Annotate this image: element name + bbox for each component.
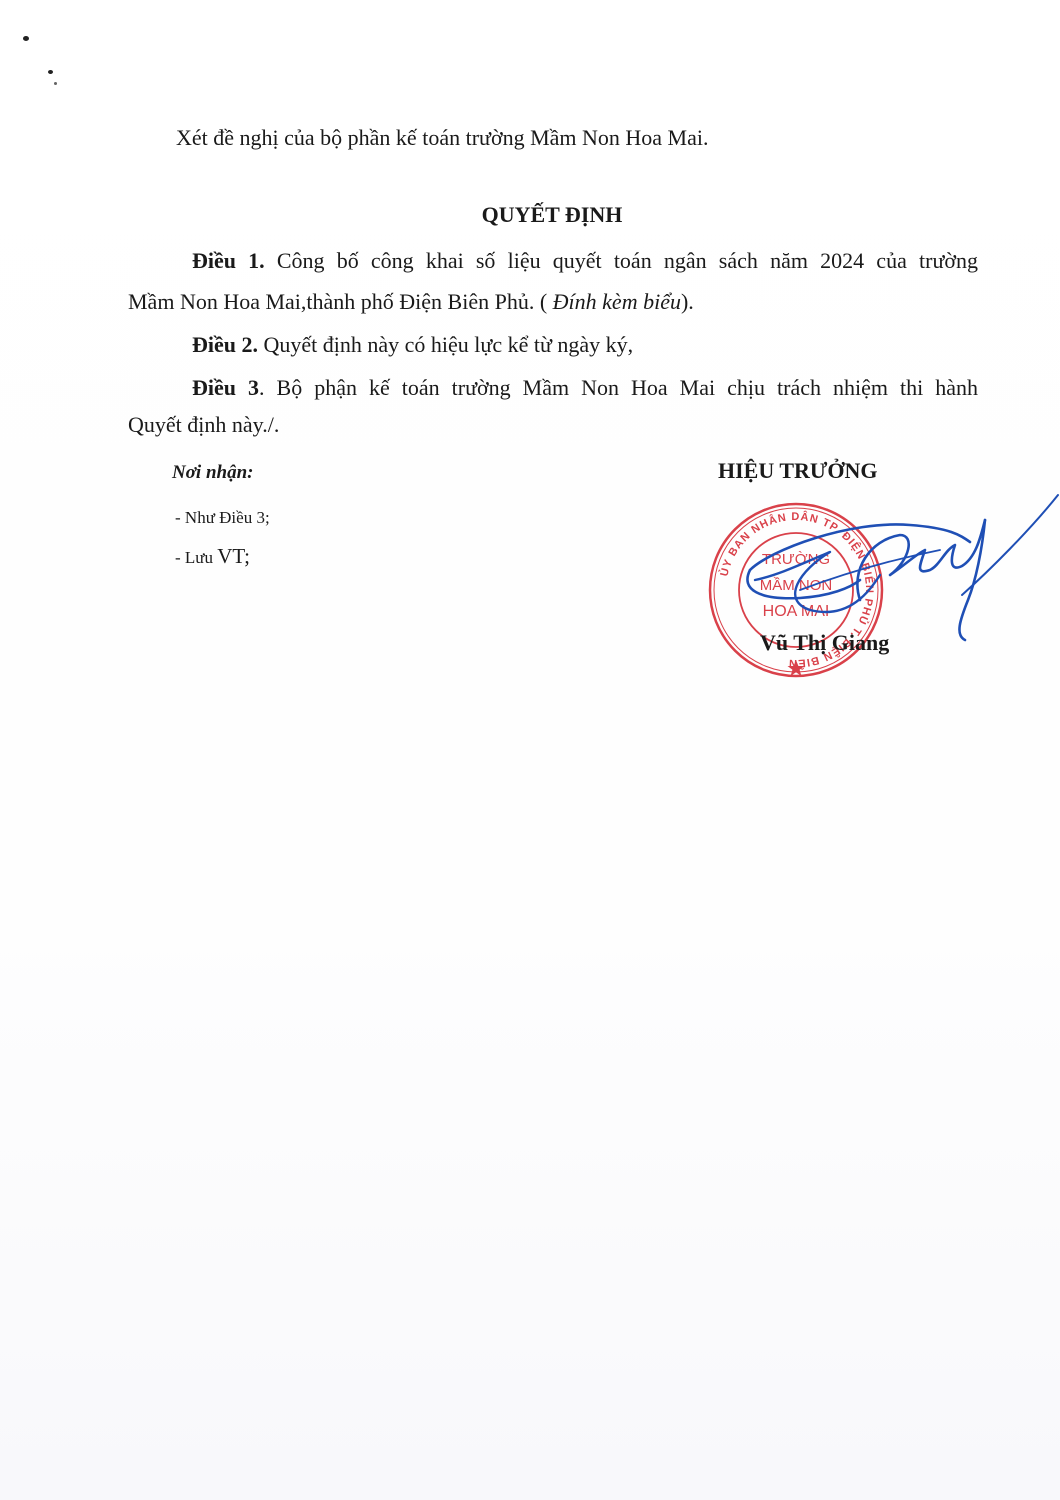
decision-title: QUYẾT ĐỊNH [0,200,1060,230]
recipients-heading: Nơi nhận: [172,460,253,486]
article-1-line-2: Mầm Non Hoa Mai,thành phố Điện Biên Phủ.… [128,287,694,317]
article-1-text-end: ). [681,289,694,314]
attachment-note: Đính kèm biểu [553,289,681,314]
recipient-text: - Lưu [175,548,217,567]
recipient-item: - Như Điều 3; [175,506,270,530]
recipient-code: VT; [217,544,250,568]
article-3-text: . Bộ phận kế toán trường Mầm Non Hoa Mai… [259,375,978,400]
article-3-label: Điều 3 [192,375,259,400]
article-1-text-cont: Mầm Non Hoa Mai,thành phố Điện Biên Phủ.… [128,289,553,314]
preamble-text: Xét đề nghị của bộ phần kế toán trường M… [176,123,709,153]
article-1-line-1: Điều 1. Công bố công khai số liệu quyết … [192,246,978,276]
document-page: Xét đề nghị của bộ phần kế toán trường M… [0,0,1060,1500]
scan-speck [48,70,53,74]
article-2-label: Điều 2. [192,332,258,357]
article-2-line-1: Điều 2. Quyết định này có hiệu lực kể từ… [192,330,633,360]
scan-speck [54,82,57,85]
recipient-item: - Lưu VT; [175,544,250,570]
article-1-text: Công bố công khai số liệu quyết toán ngâ… [265,248,978,273]
article-3-line-2: Quyết định này./. [128,410,279,440]
article-2-text: Quyết định này có hiệu lực kể từ ngày ký… [258,332,633,357]
recipient-text: - Như Điều 3; [175,508,270,527]
scan-speck [23,36,29,41]
article-3-line-1: Điều 3. Bộ phận kế toán trường Mầm Non H… [192,373,978,403]
article-1-label: Điều 1. [192,248,265,273]
handwritten-signature [740,480,1060,650]
